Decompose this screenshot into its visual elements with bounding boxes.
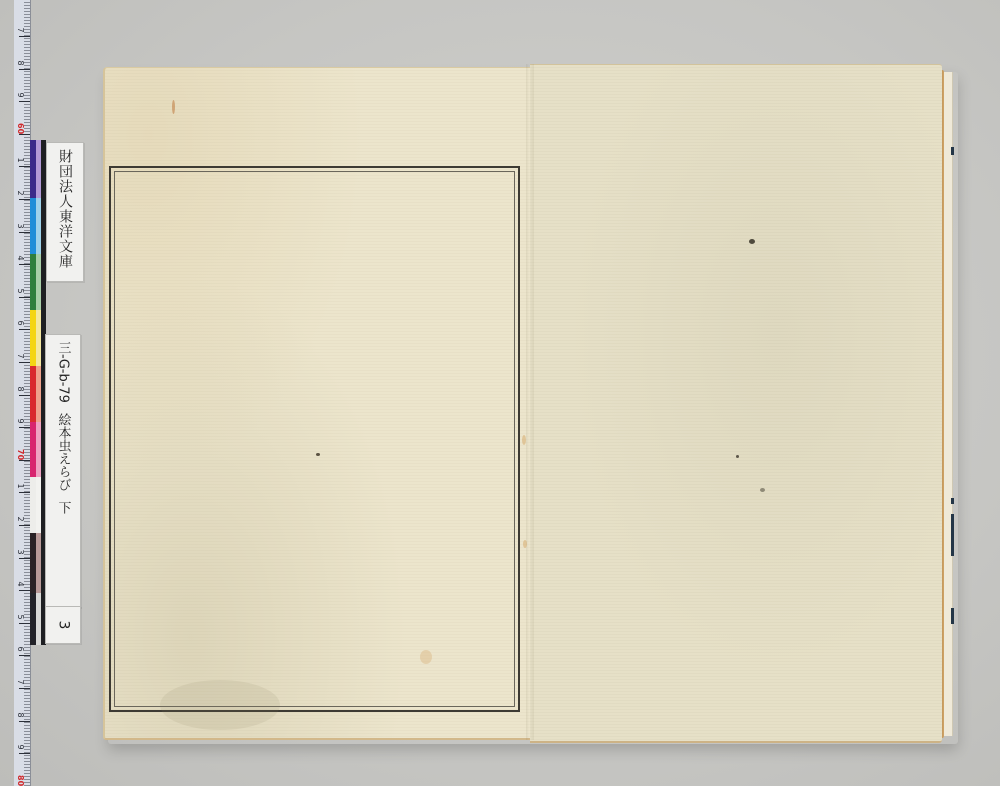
page-number: 3	[55, 621, 71, 630]
ruler-major-tick	[19, 101, 30, 102]
page-number-label: 3	[45, 606, 81, 644]
paper-stain	[420, 650, 432, 664]
ruler-major-tick	[19, 362, 30, 363]
ruler-major-tick	[19, 558, 30, 559]
ruler-number: 5	[16, 612, 24, 622]
spacer	[54, 491, 73, 501]
paper-stain	[172, 100, 175, 114]
ruler-number: 9	[16, 742, 24, 752]
ruler-number: 1	[16, 481, 24, 491]
ruler-number: 80	[16, 775, 24, 785]
ruler-major-tick	[19, 199, 30, 200]
ruler-major-tick	[19, 492, 30, 493]
cover-thread-mark	[951, 147, 954, 155]
ruler-number: 3	[16, 221, 24, 231]
book-title: 絵本虫えらび	[56, 413, 71, 491]
ruler-major-tick	[19, 329, 30, 330]
ruler-number: 9	[16, 416, 24, 426]
ruler-major-tick	[19, 590, 30, 591]
ruler-number: 1	[16, 155, 24, 165]
ruler-number: 7	[16, 677, 24, 687]
ruler-major-tick	[19, 655, 30, 656]
ruler-number: 7	[16, 25, 24, 35]
paper-speck	[760, 488, 765, 492]
ruler-major-tick	[19, 721, 30, 722]
paper-stain	[160, 680, 280, 730]
book-cover-edge	[944, 72, 953, 736]
paper-stain	[523, 540, 527, 548]
ruler-number: 2	[16, 514, 24, 524]
color-calibration-strip	[30, 140, 46, 645]
catalog-text: 三-G-b-79 絵本虫えらび 下	[54, 341, 73, 514]
ruler-number: 3	[16, 547, 24, 557]
paper-stain	[522, 435, 526, 445]
measurement-ruler: 789601234567897012345678980	[14, 0, 31, 786]
paper-speck	[749, 239, 755, 244]
ruler-number: 6	[16, 318, 24, 328]
cover-thread-mark	[951, 514, 954, 556]
ruler-number: 70	[16, 449, 24, 459]
catalog-label: 三-G-b-79 絵本虫えらび 下	[45, 334, 81, 608]
volume-label: 下	[56, 501, 71, 514]
scan-canvas: 789601234567897012345678980 財団法人東洋文庫 三-G…	[0, 0, 1000, 786]
ruler-number: 8	[16, 384, 24, 394]
ruler-number: 60	[16, 123, 24, 133]
ruler-major-tick	[19, 525, 30, 526]
ruler-number: 5	[16, 286, 24, 296]
ruler-major-tick	[19, 69, 30, 70]
ruler-major-tick	[19, 166, 30, 167]
spacer	[54, 403, 73, 413]
call-number: 三-G-b-79	[56, 341, 71, 403]
printed-frame-inner	[114, 171, 515, 707]
ruler-number: 8	[16, 58, 24, 68]
paper-speck	[736, 455, 739, 458]
organization-name: 財団法人東洋文庫	[55, 149, 75, 269]
cover-thread-mark	[951, 498, 954, 504]
ruler-major-tick	[19, 688, 30, 689]
ruler-number: 6	[16, 644, 24, 654]
paper-speck	[316, 453, 320, 456]
ruler-major-tick	[19, 36, 30, 37]
ruler-major-tick	[19, 753, 30, 754]
ruler-major-tick	[19, 297, 30, 298]
right-page	[530, 64, 942, 743]
ruler-number: 7	[16, 351, 24, 361]
ruler-number: 9	[16, 90, 24, 100]
ruler-major-tick	[19, 264, 30, 265]
ruler-number: 4	[16, 579, 24, 589]
ruler-major-tick	[19, 232, 30, 233]
ruler-number: 8	[16, 710, 24, 720]
ruler-number: 2	[16, 188, 24, 198]
ruler-number: 4	[16, 253, 24, 263]
book-gutter	[526, 64, 534, 740]
cover-thread-mark	[951, 608, 954, 624]
ruler-major-tick	[19, 395, 30, 396]
organization-label: 財団法人東洋文庫	[46, 142, 84, 282]
ruler-major-tick	[19, 623, 30, 624]
ruler-major-tick	[19, 427, 30, 428]
